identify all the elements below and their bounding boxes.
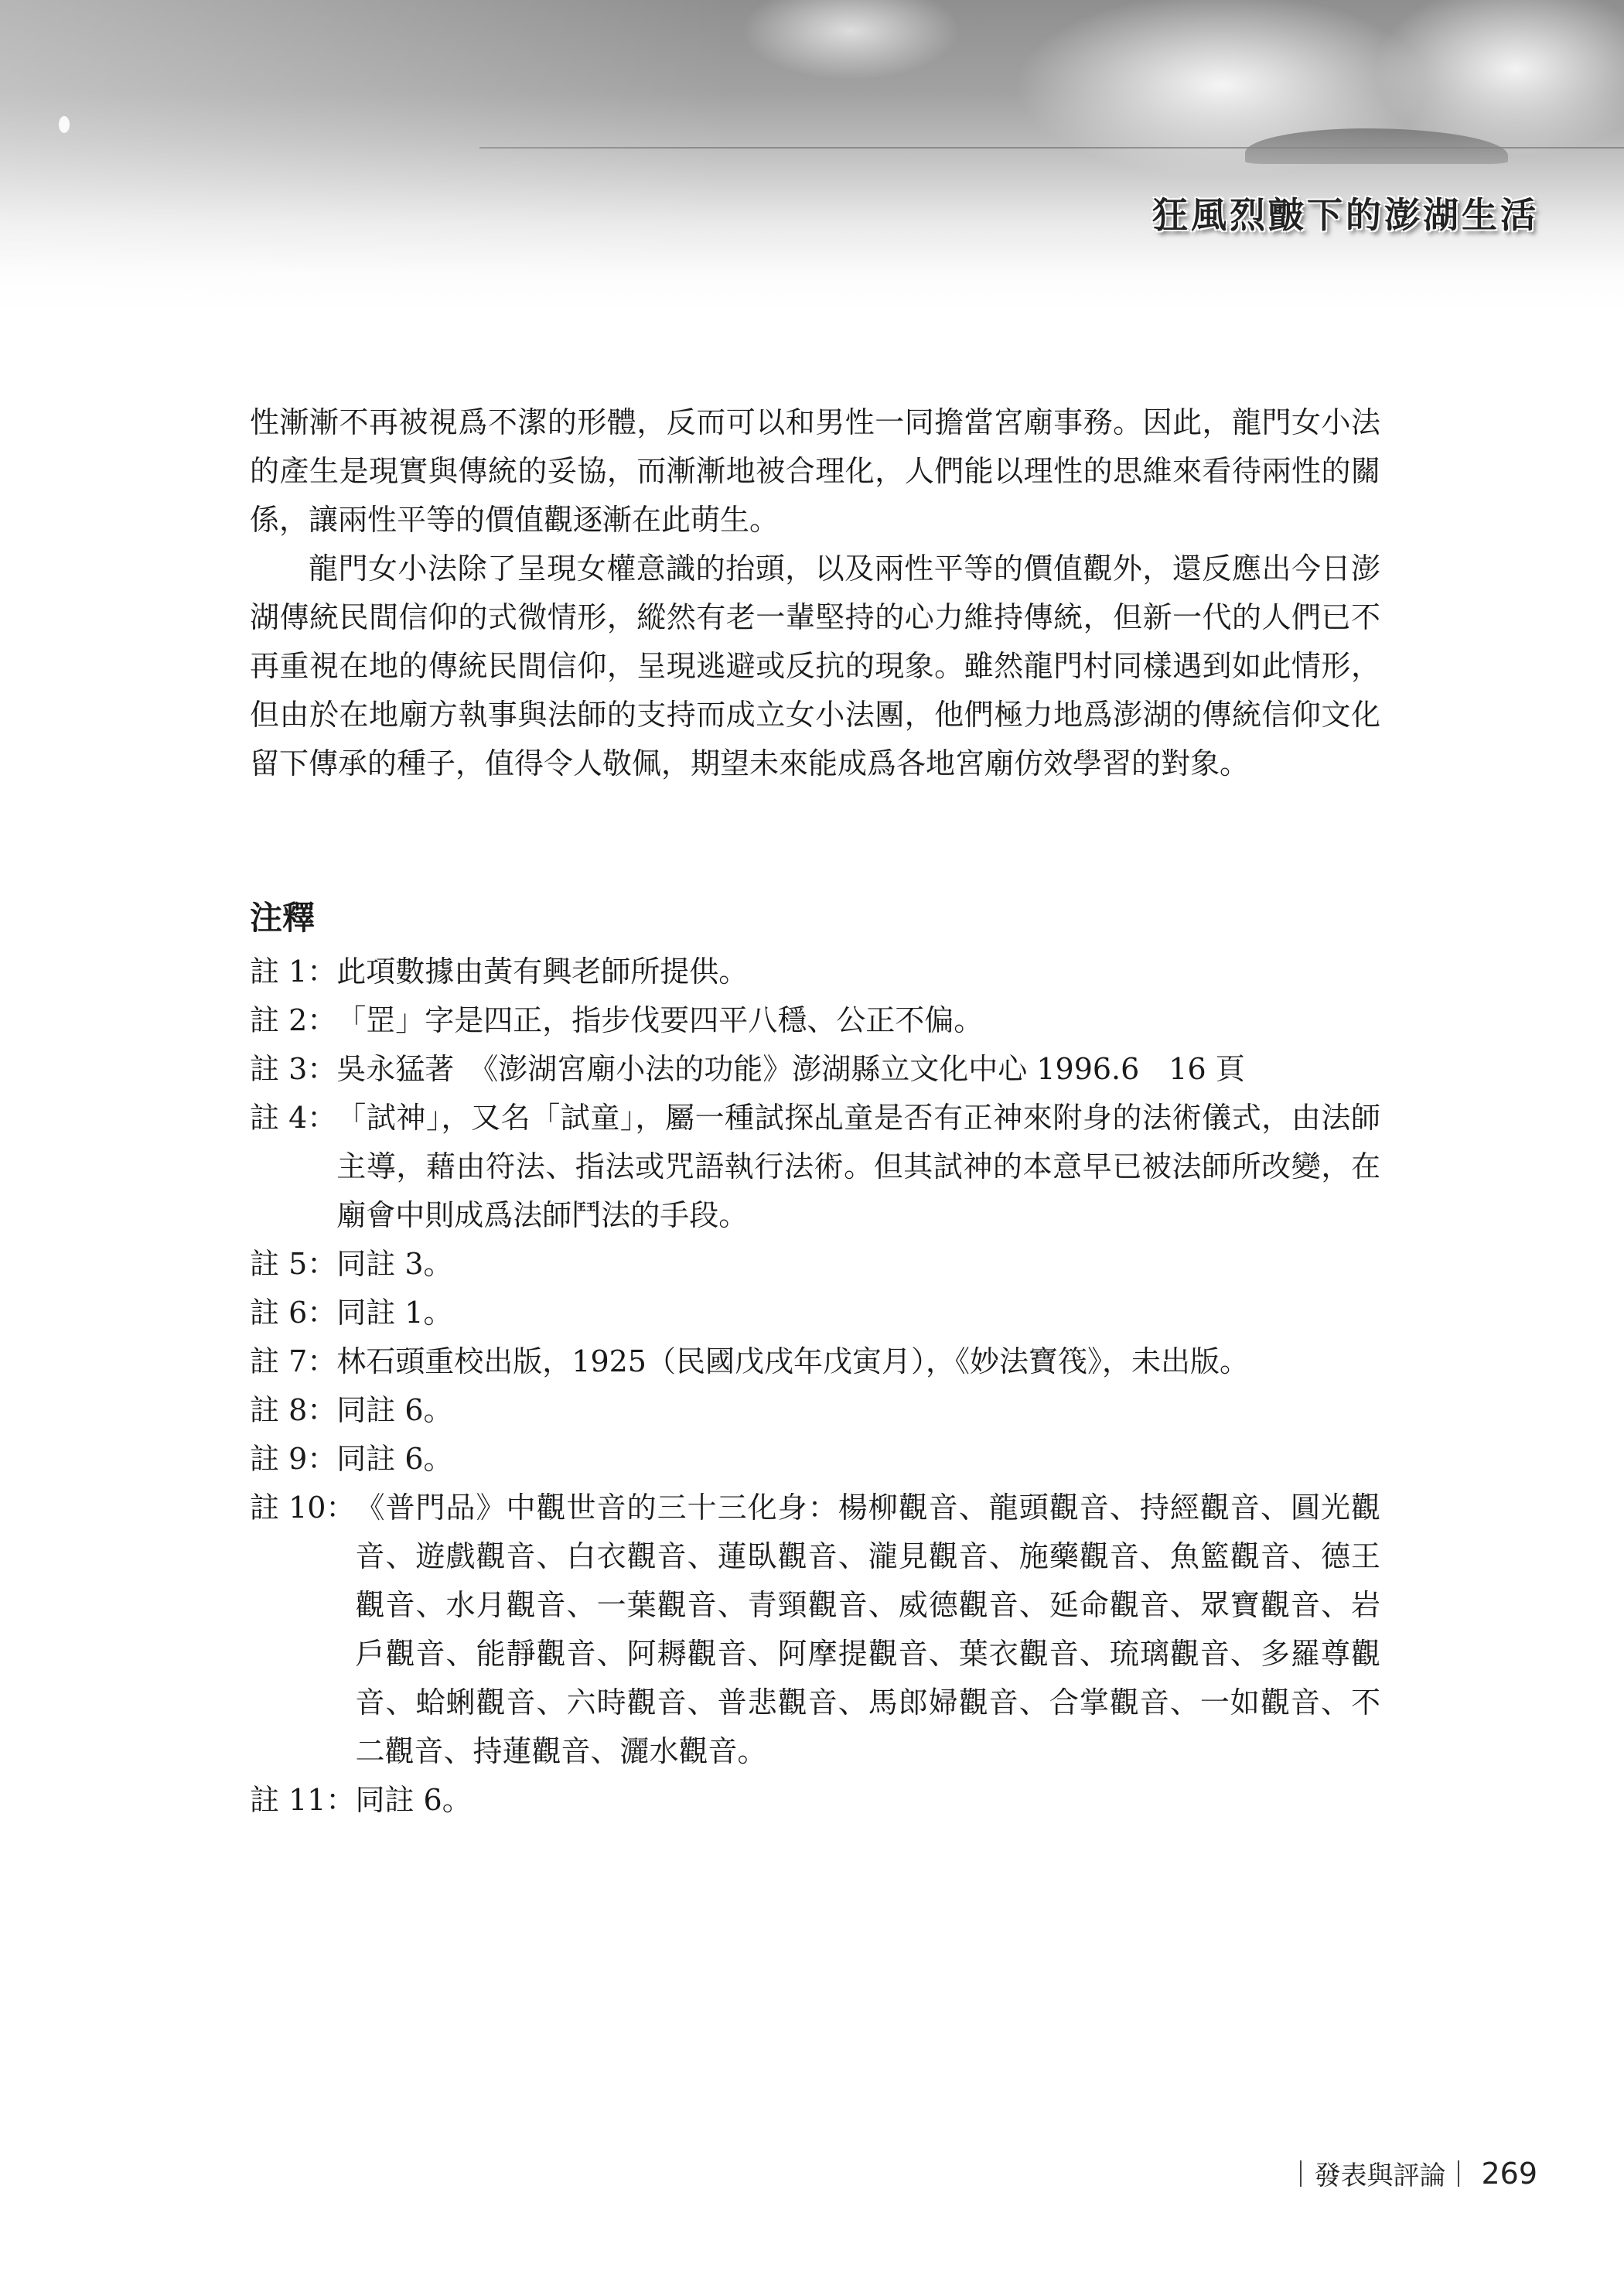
note-text: 「罡」字是四正，指步伐要四平八穩、公正不偏。 xyxy=(336,996,1380,1045)
header-banner-image: 狂風烈皽下的澎湖生活 xyxy=(0,0,1624,309)
note-item-10: 註 10： 《普門品》中觀世音的三十三化身：楊柳觀音、龍頭觀音、持經觀音、圓光觀… xyxy=(250,1484,1380,1776)
island-silhouette xyxy=(1245,128,1508,164)
note-label: 註 5： xyxy=(250,1240,336,1289)
note-text: 同註 6。 xyxy=(336,1386,1380,1435)
page-content: 性漸漸不再被視爲不潔的形體，反而可以和男性一同擔當宮廟事務。因此，龍門女小法的產… xyxy=(250,398,1380,1825)
divider-bar xyxy=(1458,2160,1459,2187)
note-label: 註 10： xyxy=(250,1484,355,1532)
note-label: 註 11： xyxy=(250,1776,355,1825)
page-number: 269 xyxy=(1481,2157,1537,2191)
note-text: 此項數據由黃有興老師所提供。 xyxy=(336,948,1380,996)
note-text: 吳永猛著 《澎湖宮廟小法的功能》澎湖縣立文化中心 1996.6 16 頁 xyxy=(336,1045,1380,1094)
note-label: 註 2： xyxy=(250,996,336,1045)
page-footer: 發表與評論 269 xyxy=(1300,2154,1537,2192)
body-paragraph-continued: 性漸漸不再被視爲不潔的形體，反而可以和男性一同擔當宮廟事務。因此，龍門女小法的產… xyxy=(250,398,1380,545)
divider-bar xyxy=(1300,2160,1302,2187)
note-item-4: 註 4： 「試神」，又名「試童」，屬一種試探乩童是否有正神來附身的法術儀式，由法… xyxy=(250,1094,1380,1240)
note-item-2: 註 2： 「罡」字是四正，指步伐要四平八穩、公正不偏。 xyxy=(250,996,1380,1045)
horizon-line xyxy=(479,147,1624,149)
note-label: 註 9： xyxy=(250,1435,336,1484)
note-item-1: 註 1： 此項數據由黃有興老師所提供。 xyxy=(250,948,1380,996)
note-label: 註 1： xyxy=(250,948,336,996)
note-item-7: 註 7： 林石頭重校出版，1925（民國戊戌年戊寅月），《妙法寶筏》，未出版。 xyxy=(250,1337,1380,1386)
note-label: 註 7： xyxy=(250,1337,336,1386)
note-text: 《普門品》中觀世音的三十三化身：楊柳觀音、龍頭觀音、持經觀音、圓光觀音、遊戲觀音… xyxy=(355,1484,1380,1776)
note-text: 「試神」，又名「試童」，屬一種試探乩童是否有正神來附身的法術儀式，由法師主導，藉… xyxy=(336,1094,1380,1240)
running-head-title: 狂風烈皽下的澎湖生活 xyxy=(1152,187,1539,238)
note-label: 註 4： xyxy=(250,1094,336,1142)
note-label: 註 3： xyxy=(250,1045,336,1094)
note-item-3: 註 3： 吳永猛著 《澎湖宮廟小法的功能》澎湖縣立文化中心 1996.6 16 … xyxy=(250,1045,1380,1094)
note-item-11: 註 11： 同註 6。 xyxy=(250,1776,1380,1825)
note-item-5: 註 5： 同註 3。 xyxy=(250,1240,1380,1289)
note-text: 同註 6。 xyxy=(336,1435,1380,1484)
note-label: 註 8： xyxy=(250,1386,336,1435)
note-label: 註 6： xyxy=(250,1289,336,1337)
note-text: 林石頭重校出版，1925（民國戊戌年戊寅月），《妙法寶筏》，未出版。 xyxy=(336,1337,1380,1386)
note-text: 同註 3。 xyxy=(336,1240,1380,1289)
sun-glare xyxy=(59,116,70,133)
notes-heading: 注釋 xyxy=(250,895,1380,941)
note-text: 同註 6。 xyxy=(355,1776,1380,1825)
note-item-8: 註 8： 同註 6。 xyxy=(250,1386,1380,1435)
body-paragraph: 龍門女小法除了呈現女權意識的抬頭，以及兩性平等的價值觀外，還反應出今日澎湖傳統民… xyxy=(250,545,1380,788)
note-item-6: 註 6： 同註 1。 xyxy=(250,1289,1380,1337)
footer-section-name: 發表與評論 xyxy=(1314,2154,1445,2192)
note-item-9: 註 9： 同註 6。 xyxy=(250,1435,1380,1484)
note-text: 同註 1。 xyxy=(336,1289,1380,1337)
